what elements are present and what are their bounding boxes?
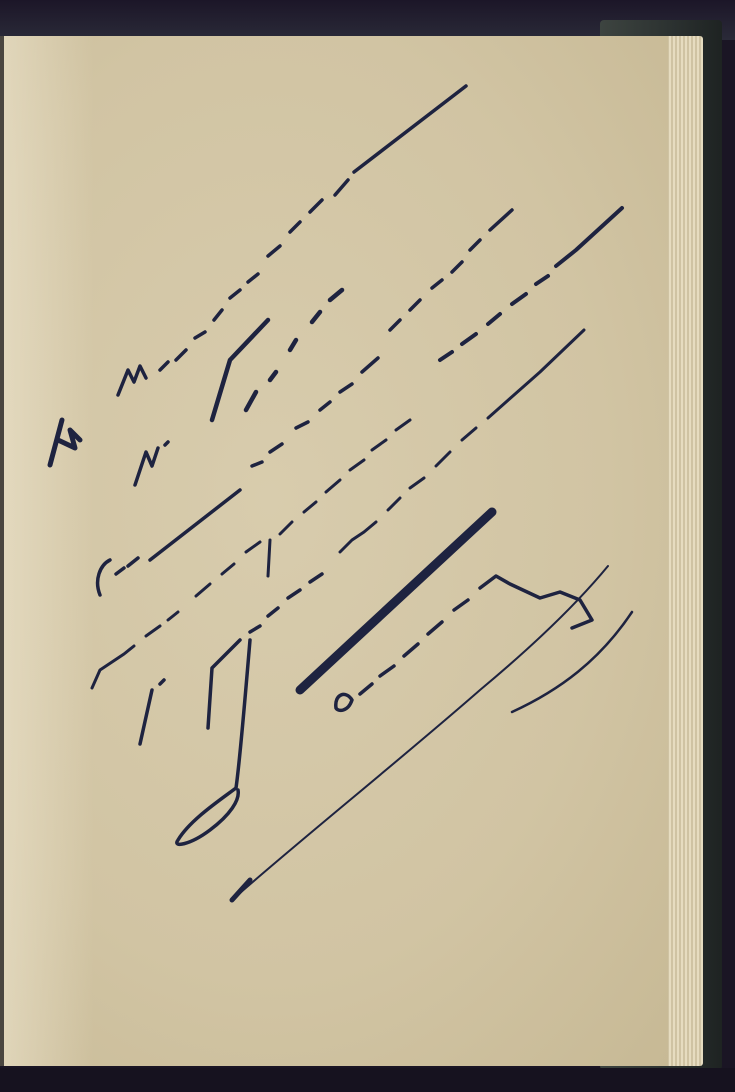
handwriting-ink xyxy=(0,0,735,1092)
